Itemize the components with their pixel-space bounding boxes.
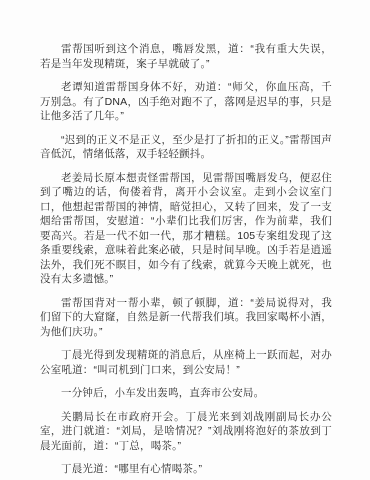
paragraph: 雷帮国背对一帮小辈，顿了顿脚，道：“姜局说得对，我们留下的大窟窿，自然是新一代帮… [40, 296, 332, 340]
paragraph: 丁晨光得到发现精斑的消息后，从座椅上一跃而起，对办公室吼道：“叫司机到门口来，到… [40, 348, 332, 377]
paragraph: 关鹏局长在市政府开会。丁晨光来到刘战刚副局长办公室，进门就道：“刘局，是啥情况？… [40, 410, 332, 454]
paragraph: “迟到的正义不是正义，至少是打了折扣的正义。”雷帮国声音低沉，情绪低落，双手轻轻… [40, 133, 332, 162]
paragraph: 丁晨光道：“哪里有心情喝茶。” [40, 462, 332, 477]
paragraph: 老姜局长原本想责怪雷帮国，见雷帮国嘴唇发乌，便忍住到了嘴边的话，佝偻着背，离开小… [40, 171, 332, 287]
paragraph: 一分钟后，小车发出轰鸣，直奔市公安局。 [40, 386, 332, 401]
paragraph: 雷帮国听到这个消息，嘴唇发黑，道：“我有重大失误，若是当年发现精斑，案子早就破了… [40, 42, 332, 71]
novel-reader-page: 雷帮国听到这个消息，嘴唇发黑，道：“我有重大失误，若是当年发现精斑，案子早就破了… [0, 0, 370, 480]
paragraph: 老谭知道雷帮国身体不好，劝道：“师父，你血压高，千万别急。有了DNA，凶手绝对跑… [40, 80, 332, 124]
